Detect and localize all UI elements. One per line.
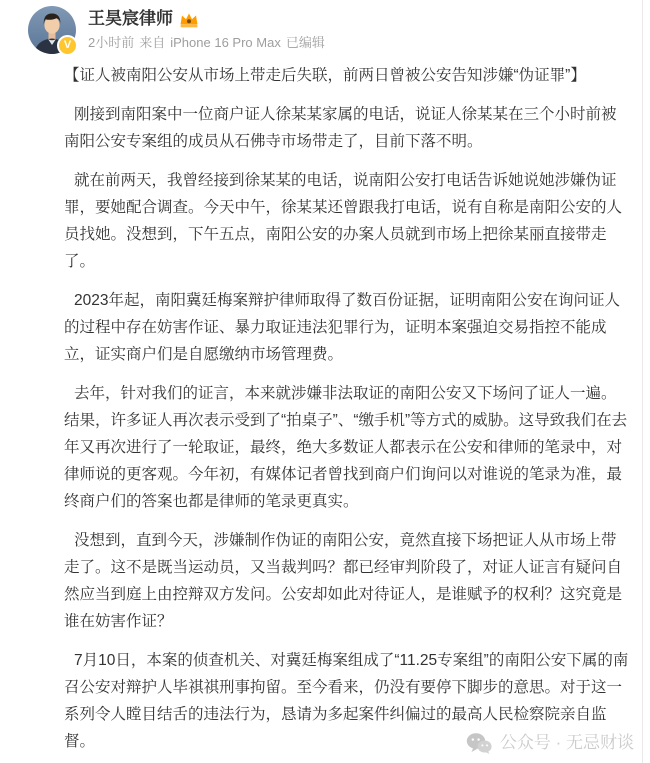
source-prefix: 来自 [139,35,165,51]
right-border-line [642,0,643,763]
post-paragraph: 2023年起，南阳冀廷梅案辩护律师取得了数百份证据，证明南阳公安在询问证人的过程… [64,287,630,368]
watermark-text: 公众号 · 无忌财谈 [500,731,634,755]
header-text: 王昊宸律师 2小时前 来自 iPhone 16 Pro Max 已编辑 [88,6,325,62]
post-paragraph: 就在前两天，我曾经接到徐某某的电话，说南阳公安打电话告诉她说她涉嫌伪证罪，要她配… [64,167,630,275]
wechat-icon [466,732,492,755]
post-title: 【证人被南阳公安从市场上带走后失联，前两日曾被公安告知涉嫌“伪证罪”】 [64,62,630,89]
post-header: V 王昊宸律师 2小时前 来自 iPhone 16 Pro Max 已编辑 [28,6,630,62]
post-meta: 2小时前 来自 iPhone 16 Pro Max 已编辑 [88,35,325,51]
username[interactable]: 王昊宸律师 [88,8,173,30]
watermark: 公众号 · 无忌财谈 [466,731,634,755]
post-paragraph: 去年，针对我们的证言，本来就涉嫌非法取证的南阳公安又下场问了证人一遍。结果，许多… [64,380,630,515]
post-paragraph: 刚接到南阳案中一位商户证人徐某某家属的电话，说证人徐某某在三个小时前被南阳公安专… [64,101,630,155]
avatar[interactable]: V [28,6,76,54]
edited-label: 已编辑 [286,35,325,51]
vip-crown-icon [179,11,199,28]
timestamp: 2小时前 [88,35,134,51]
source-device: iPhone 16 Pro Max [170,35,281,51]
post-paragraph: 没想到，直到今天，涉嫌制作伪证的南阳公安，竟然直接下场把证人从市场上带走了。这不… [64,527,630,635]
post-content: 【证人被南阳公安从市场上带走后失联，前两日曾被公安告知涉嫌“伪证罪”】 刚接到南… [64,62,630,763]
weibo-post-page: V 王昊宸律师 2小时前 来自 iPhone 16 Pro Max 已编辑 【证… [0,0,650,763]
verified-v-badge-icon: V [57,35,78,56]
